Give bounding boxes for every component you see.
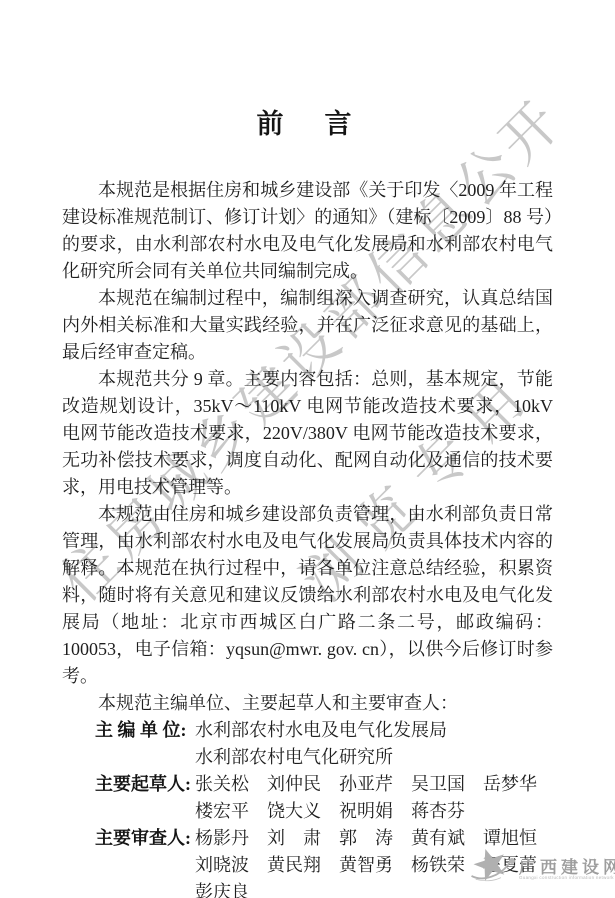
- main-drafters-label: 主要起草人:: [95, 771, 195, 825]
- paragraph-2: 本规范在编制过程中，编制组深入调查研究，认真总结国内外相关标准和大量实践经验，并…: [62, 285, 553, 366]
- paragraph-5: 本规范主编单位、主要起草人和主要审查人：: [62, 690, 553, 717]
- chief-editing-unit-label: 主 编 单 位:: [95, 717, 195, 771]
- star-swoosh-icon: [469, 846, 511, 884]
- main-drafters-row: 主要起草人: 张关松 刘仲民 孙亚芹 吴卫国 岳梦华 楼宏平 饶大义 祝明娟 蒋…: [62, 771, 553, 825]
- logo-tagline: Guangxi construction information network…: [519, 875, 615, 880]
- main-reviewers-label: 主要审查人:: [95, 825, 195, 898]
- paragraph-1: 本规范是根据住房和城乡建设部《关于印发〈2009 年工程建设标准规范制订、修订计…: [62, 177, 553, 285]
- chief-editing-unit-line: 水利部农村电气化研究所: [195, 744, 553, 771]
- document-page: 住房城乡建设部信息公开 浏览专用 前 言 本规范是根据住房和城乡建设部《关于印发…: [0, 0, 615, 898]
- paragraph-4: 本规范由住房和城乡建设部负责管理，由水利部负责日常管理，由水利部农村水电及电气化…: [62, 501, 553, 690]
- page-title: 前 言: [0, 102, 615, 141]
- chief-editing-unit-line: 水利部农村水电及电气化发展局: [195, 717, 553, 744]
- drafters-names-line: 楼宏平 饶大义 祝明娟 蒋杏芬: [195, 798, 553, 825]
- guangxi-construction-logo: 广西建设网 Guangxi construction information n…: [469, 846, 609, 890]
- drafters-names-line: 张关松 刘仲民 孙亚芹 吴卫国 岳梦华: [195, 771, 553, 798]
- logo-dot: [509, 858, 515, 864]
- paragraph-3: 本规范共分 9 章。主要内容包括：总则，基本规定，节能改造规划设计，35kV～1…: [62, 366, 553, 501]
- foreword-body: 本规范是根据住房和城乡建设部《关于印发〈2009 年工程建设标准规范制订、修订计…: [62, 177, 553, 898]
- chief-editing-unit-row: 主 编 单 位: 水利部农村水电及电气化发展局 水利部农村电气化研究所: [62, 717, 553, 771]
